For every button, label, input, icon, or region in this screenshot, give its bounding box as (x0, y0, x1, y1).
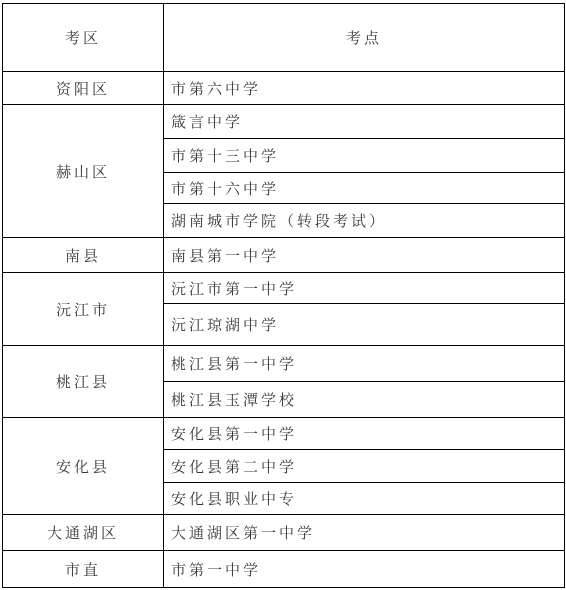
table-row: 赫山区箴言中学 (3, 105, 565, 139)
site-cell: 桃江县玉潭学校 (164, 382, 565, 418)
site-cell: 市第十三中学 (164, 139, 565, 173)
district-cell: 市直 (3, 551, 164, 588)
table-row: 资阳区市第六中学 (3, 72, 565, 105)
district-cell: 桃江县 (3, 346, 164, 418)
site-cell: 南县第一中学 (164, 238, 565, 273)
header-site: 考点 (164, 4, 565, 72)
site-cell: 市第一中学 (164, 551, 565, 588)
site-cell: 箴言中学 (164, 105, 565, 139)
site-cell: 湖南城市学院（转段考试） (164, 204, 565, 238)
site-cell: 沅江市第一中学 (164, 273, 565, 304)
table-row: 桃江县桃江县第一中学 (3, 346, 565, 382)
header-district: 考区 (3, 4, 164, 72)
site-cell: 安化县第二中学 (164, 450, 565, 483)
district-cell: 资阳区 (3, 72, 164, 105)
exam-site-table: 考区 考点 资阳区市第六中学赫山区箴言中学市第十三中学市第十六中学湖南城市学院（… (2, 3, 565, 588)
district-cell: 沅江市 (3, 273, 164, 346)
site-cell: 市第六中学 (164, 72, 565, 105)
table-row: 沅江市沅江市第一中学 (3, 273, 565, 304)
district-cell: 赫山区 (3, 105, 164, 238)
district-cell: 安化县 (3, 418, 164, 515)
site-cell: 安化县职业中专 (164, 483, 565, 515)
site-cell: 沅江琼湖中学 (164, 304, 565, 346)
site-cell: 桃江县第一中学 (164, 346, 565, 382)
table-row: 南县南县第一中学 (3, 238, 565, 273)
site-cell: 大通湖区第一中学 (164, 515, 565, 551)
table-row: 大通湖区大通湖区第一中学 (3, 515, 565, 551)
table-row: 安化县安化县第一中学 (3, 418, 565, 450)
table-row: 市直市第一中学 (3, 551, 565, 588)
district-cell: 大通湖区 (3, 515, 164, 551)
site-cell: 安化县第一中学 (164, 418, 565, 450)
table-body: 资阳区市第六中学赫山区箴言中学市第十三中学市第十六中学湖南城市学院（转段考试）南… (3, 72, 565, 588)
district-cell: 南县 (3, 238, 164, 273)
site-cell: 市第十六中学 (164, 173, 565, 204)
header-row: 考区 考点 (3, 4, 565, 72)
